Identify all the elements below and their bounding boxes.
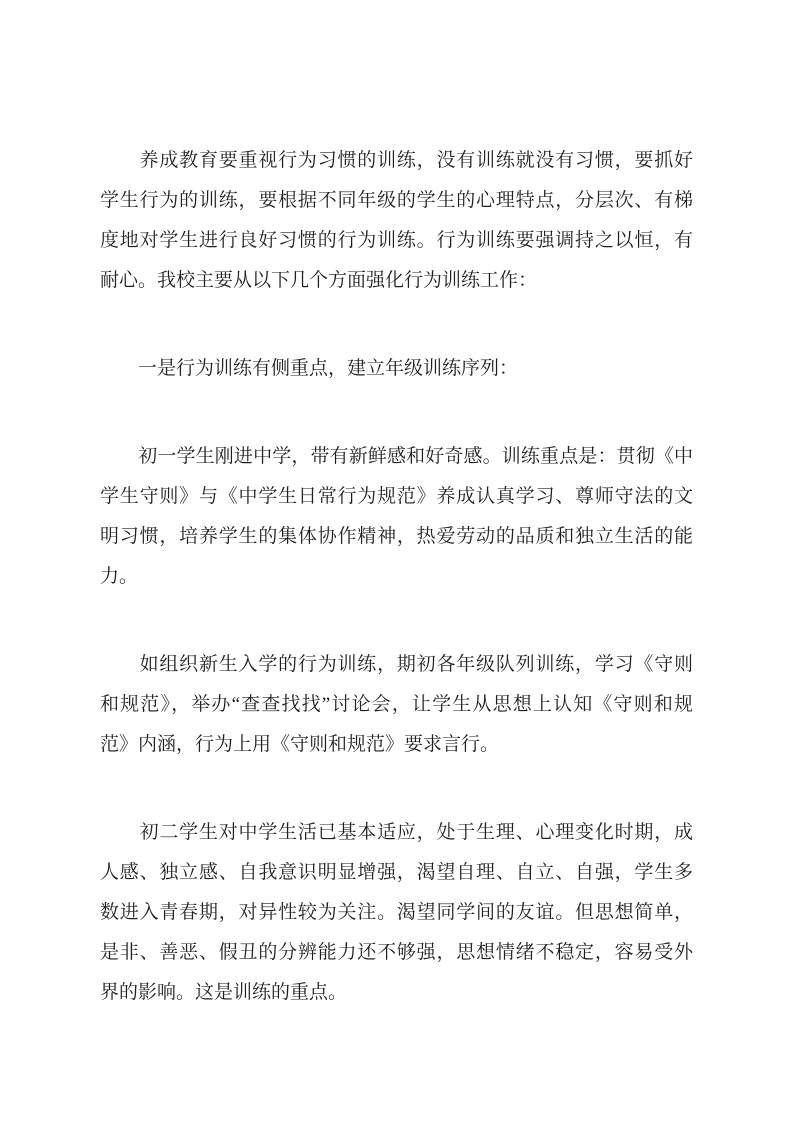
text-line: 初一学生刚进中学，带有新鲜感和好奇感。训练重点是：贯彻《中 [100,437,693,477]
text-line: 初二学生对中学生活已基本适应，处于生理、心理变化时期，成 [100,813,693,853]
text-line: 学生守则》与《中学生日常行为规范》养成认真学习、尊师守法的文 [100,477,693,517]
document-body: 养成教育要重视行为习惯的训练，没有训练就没有习惯，要抓好学生行为的训练，要根据不… [100,141,693,1013]
text-line: 和规范》，举办“查查找找”讨论会，让学生从思想上认知《守则和规 [100,685,693,725]
text-line: 学生行为的训练，要根据不同年级的学生的心理特点，分层次、有梯 [100,181,693,221]
paragraph: 一是行为训练有侧重点，建立年级训练序列： [100,349,693,389]
paragraph: 养成教育要重视行为习惯的训练，没有训练就没有习惯，要抓好学生行为的训练，要根据不… [100,141,693,301]
text-line: 养成教育要重视行为习惯的训练，没有训练就没有习惯，要抓好 [100,141,693,181]
text-line: 范》内涵，行为上用《守则和规范》要求言行。 [100,725,693,765]
document-page: 养成教育要重视行为习惯的训练，没有训练就没有习惯，要抓好学生行为的训练，要根据不… [0,0,793,1122]
text-line: 人感、独立感、自我意识明显增强，渴望自理、自立、自强，学生多 [100,853,693,893]
paragraph: 如组织新生入学的行为训练，期初各年级队列训练，学习《守则和规范》，举办“查查找找… [100,645,693,765]
text-line: 如组织新生入学的行为训练，期初各年级队列训练，学习《守则 [100,645,693,685]
paragraph: 初二学生对中学生活已基本适应，处于生理、心理变化时期，成人感、独立感、自我意识明… [100,813,693,1013]
text-line: 明习惯，培养学生的集体协作精神，热爱劳动的品质和独立生活的能 [100,517,693,557]
text-line: 耐心。我校主要从以下几个方面强化行为训练工作： [100,261,693,301]
paragraph: 初一学生刚进中学，带有新鲜感和好奇感。训练重点是：贯彻《中学生守则》与《中学生日… [100,437,693,597]
text-line: 是非、善恶、假丑的分辨能力还不够强，思想情绪不稳定，容易受外 [100,933,693,973]
text-line: 力。 [100,557,693,597]
text-line: 数进入青春期，对异性较为关注。渴望同学间的友谊。但思想简单， [100,893,693,933]
text-line: 一是行为训练有侧重点，建立年级训练序列： [100,349,693,389]
text-line: 界的影响。这是训练的重点。 [100,973,693,1013]
text-line: 度地对学生进行良好习惯的行为训练。行为训练要强调持之以恒，有 [100,221,693,261]
